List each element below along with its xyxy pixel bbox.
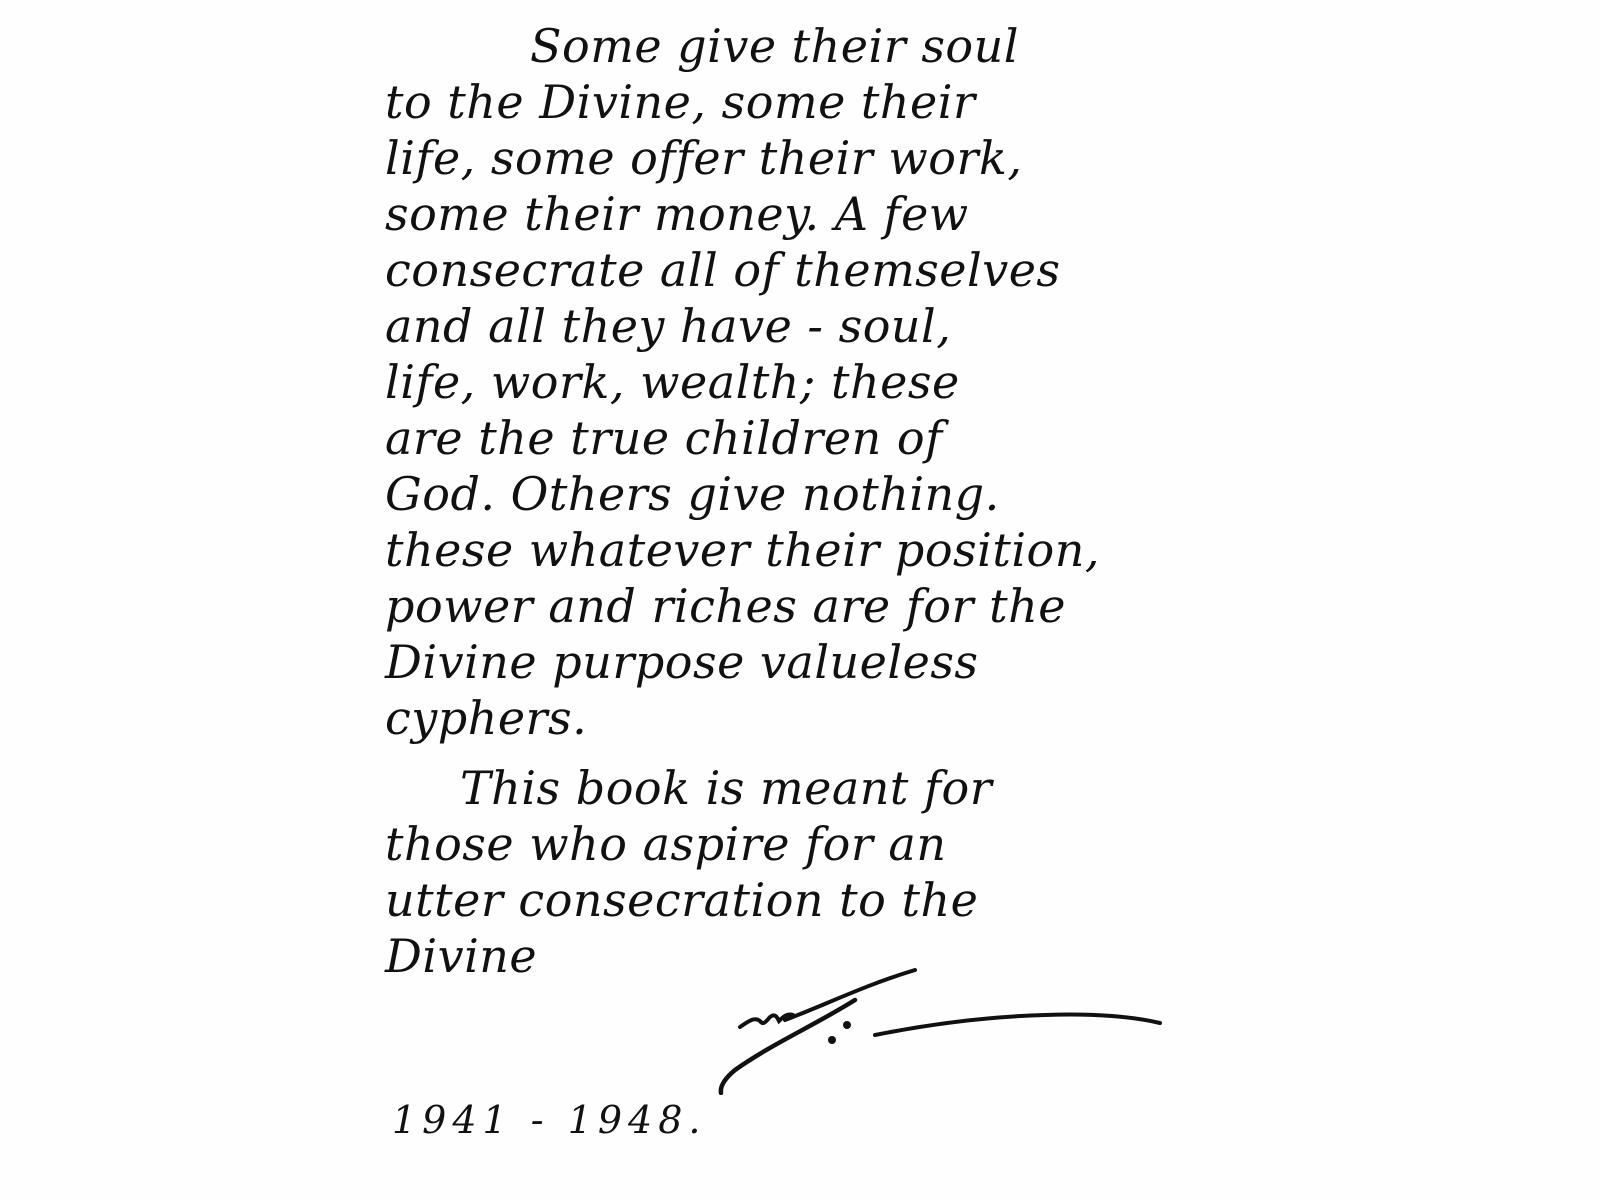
text-line: those who aspire for an	[385, 816, 946, 872]
handwritten-signature-icon	[715, 965, 1165, 1095]
text-line: life, work, wealth; these	[385, 354, 960, 410]
date-range: 1941 - 1948.	[392, 1098, 707, 1142]
text-line: This book is meant for	[460, 760, 992, 816]
text-line: these whatever their position,	[385, 522, 1100, 578]
text-line: and all they have - soul,	[385, 298, 951, 354]
text-line: life, some offer their work,	[385, 130, 1022, 186]
text-line: some their money. A few	[385, 186, 969, 242]
text-line: Divine	[385, 928, 537, 984]
text-line: utter consecration to the	[385, 872, 978, 928]
text-line: God. Others give nothing.	[385, 466, 1000, 522]
text-line: Some give their soul	[530, 18, 1019, 74]
text-line: Divine purpose valueless	[385, 634, 979, 690]
text-line: to the Divine, some their	[385, 74, 975, 130]
text-line: cyphers.	[385, 690, 587, 746]
text-line: are the true children of	[385, 410, 943, 466]
text-line: power and riches are for the	[385, 578, 1066, 634]
text-line: consecrate all of themselves	[385, 242, 1061, 298]
manuscript-page: Some give their soul to the Divine, some…	[0, 0, 1600, 1200]
